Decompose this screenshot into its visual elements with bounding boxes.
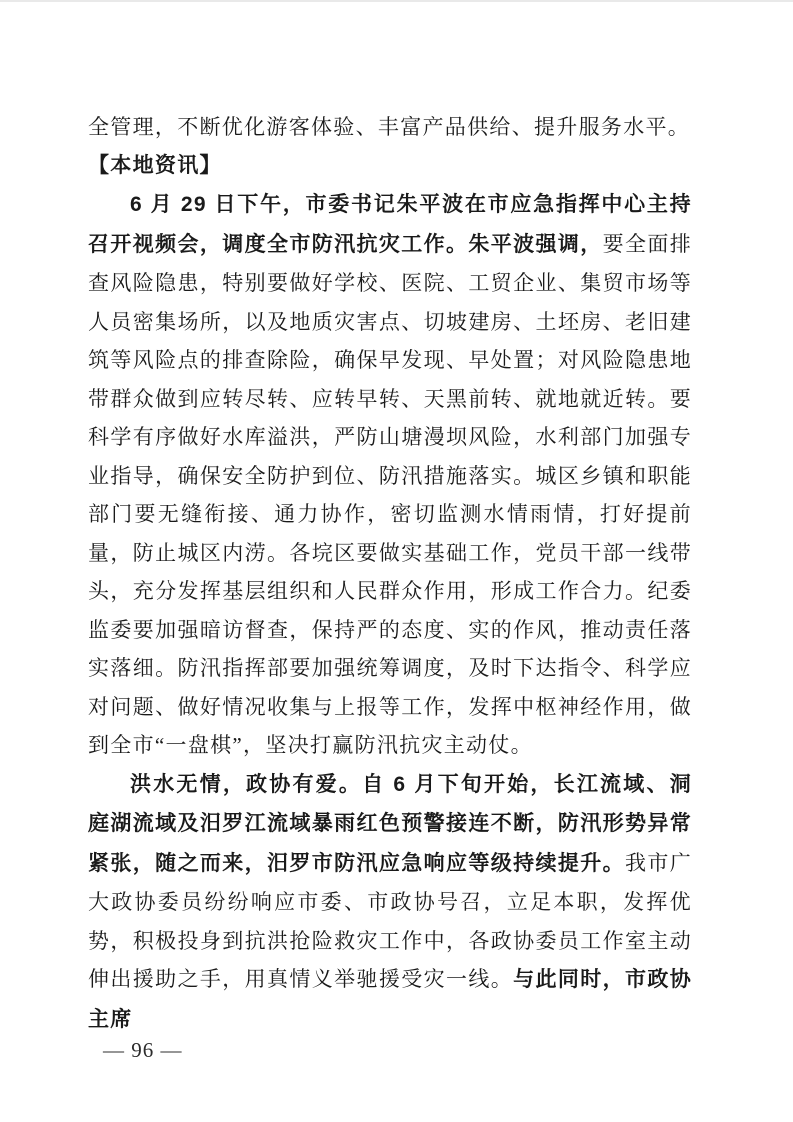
paragraph-cppcc-flood-relief: 洪水无情，政协有爱。自 6 月下旬开始，长江流域、洞庭湖流域及汨罗江流域暴雨红色…	[88, 765, 692, 1040]
text-column: 全管理，不断优化游客体验、丰富产品供给、提升服务水平。 【本地资讯】 6 月 2…	[88, 108, 692, 1039]
emphasis-text: 6 月 29 日下午，市委书记朱平波在市应急指挥中心主持召开视频会，调度全市防汛…	[88, 193, 692, 256]
body-text: 要全面排查风险隐患，特别要做好学校、医院、工贸企业、集贸市场等人员密集场所，以及…	[88, 232, 692, 758]
paragraphs: 6 月 29 日下午，市委书记朱平波在市应急指挥中心主持召开视频会，调度全市防汛…	[88, 185, 692, 1039]
document-page: 全管理，不断优化游客体验、丰富产品供给、提升服务水平。 【本地资讯】 6 月 2…	[0, 0, 793, 1122]
section-heading: 【本地资讯】	[88, 147, 692, 186]
emphasis-text: 洪水无情，政协有爱。自 6 月下旬开始，长江流域、洞庭湖流域及汨罗江流域暴雨红色…	[88, 773, 692, 875]
continuation-line: 全管理，不断优化游客体验、丰富产品供给、提升服务水平。	[88, 108, 692, 147]
page-number: — 96 —	[103, 1038, 183, 1063]
paragraph-flood-control-video-meeting: 6 月 29 日下午，市委书记朱平波在市应急指挥中心主持召开视频会，调度全市防汛…	[88, 185, 692, 765]
